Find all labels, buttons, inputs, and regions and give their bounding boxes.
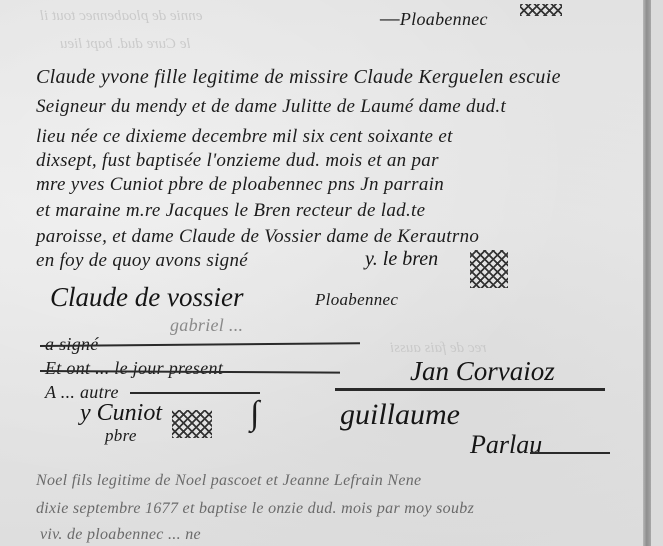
signature-priest: y Cuniot — [80, 400, 162, 427]
second-heading: Ploabennec — [315, 290, 398, 310]
entry-line: dixsept, fust baptisée l'onzieme dud. mo… — [36, 150, 439, 172]
manuscript-page: ennie de ploabennec tout il le Cure dud.… — [0, 0, 663, 546]
signature-signer-2: guillaume — [340, 398, 460, 432]
signature-rector: y. le bren — [365, 248, 438, 271]
hatch-mark — [520, 4, 562, 16]
entry-2-line: dixie septembre 1677 et baptise le onzie… — [36, 500, 474, 518]
entry-line: Claude yvone fille legitime de missire C… — [36, 66, 561, 89]
signature-signer-1: Jan Corvaioz — [410, 356, 555, 387]
adjacent-page-edge — [651, 0, 663, 546]
entry-line: mre yves Cuniot pbre de ploabennec pns J… — [36, 174, 444, 196]
entry-line: paroisse, et dame Claude de Vossier dame… — [36, 226, 479, 248]
entry-2-line: viv. de ploabennec ... ne — [40, 526, 201, 544]
entry-line: lieu née ce dixieme decembre mil six cen… — [36, 126, 453, 148]
entry-line: Seigneur du mendy et de dame Julitte de … — [36, 96, 506, 118]
signature-priest-title: pbre — [105, 426, 137, 446]
entry-2-line: Noel fils legitime de Noel pascoet et Je… — [36, 472, 421, 490]
underline-flourish — [335, 388, 605, 391]
margin-heading: —Ploabennec — [380, 5, 488, 31]
struck-line: Et ont ... le jour present — [45, 358, 223, 379]
strike-through — [130, 392, 260, 394]
flourish-mark: ∫ — [250, 395, 260, 433]
bleed-through-text: le Cure dud. bapt lieu — [60, 36, 191, 53]
hatch-mark — [172, 410, 212, 438]
entry-line: en foy de quoy avons signé — [36, 250, 248, 272]
entry-line: et maraine m.re Jacques le Bren recteur … — [36, 200, 425, 222]
hatch-mark — [470, 250, 508, 288]
binding-gutter — [643, 0, 651, 546]
underline-flourish — [530, 452, 610, 454]
signature-godmother: Claude de vossier — [50, 282, 243, 313]
bleed-through-text: ennie de ploabennec tout il — [40, 8, 202, 25]
faded-signature: gabriel ... — [170, 315, 243, 336]
signature-signer-3: Parlau — [470, 430, 542, 460]
bleed-through-text: rec de fais aussi — [390, 340, 487, 357]
